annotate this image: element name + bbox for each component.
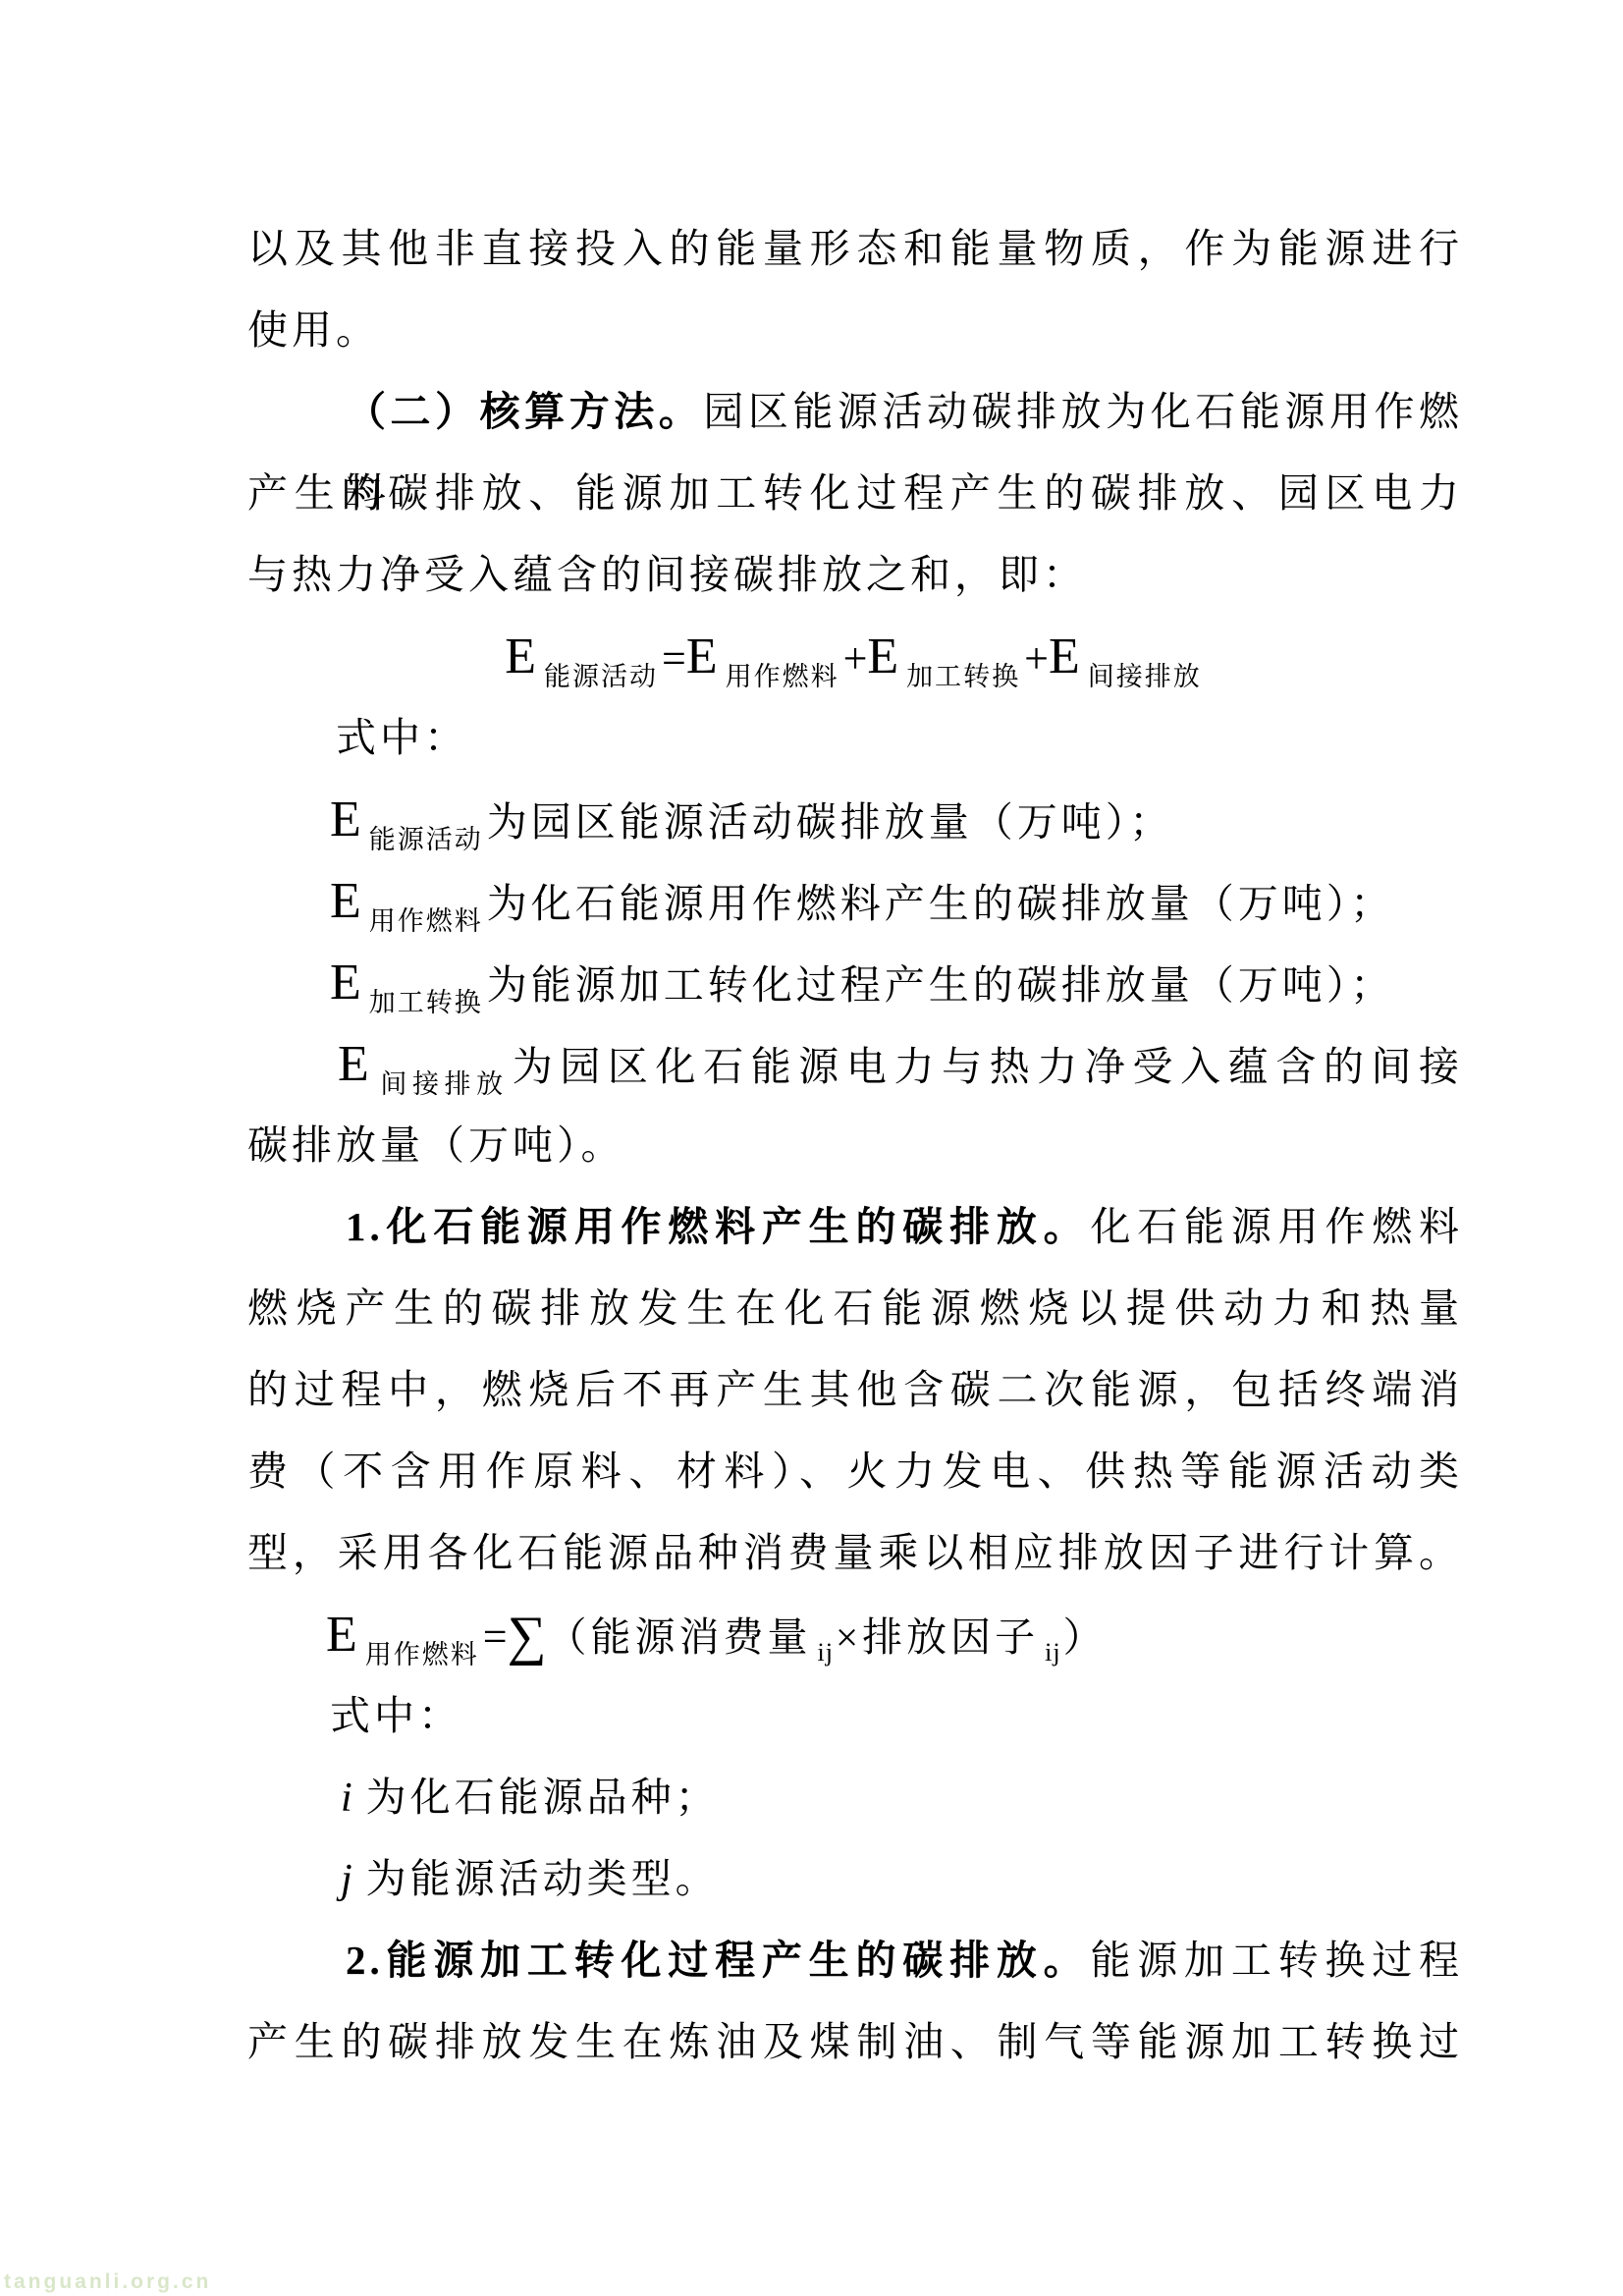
- where-clause-1: 式中：: [247, 697, 1463, 779]
- text-segment-n: ×排放因子: [836, 1614, 1039, 1660]
- text-segment-n: 式中：: [336, 715, 468, 760]
- text-segment-sum: ∑: [508, 1606, 547, 1667]
- text-segment-subsm: ij: [1045, 1638, 1060, 1667]
- text-segment-n: 化石能源用作燃料: [1090, 1204, 1463, 1249]
- body-line-4: 与热力净受入蕴含的间接碳排放之和，即：: [247, 534, 1463, 616]
- formula-fuel-use-sum: E用作燃料=∑（能源消费量ij×排放因子ij）: [247, 1594, 1463, 1675]
- text-segment-E: E: [326, 1607, 357, 1663]
- text-segment-E: E: [867, 629, 898, 684]
- text-segment-sub: 能源活动: [544, 662, 658, 691]
- item-1-body-line-1: 燃烧产生的碳排放发生在化石能源燃烧以提供动力和热量: [247, 1268, 1463, 1349]
- text-segment-op: +: [843, 634, 868, 683]
- text-segment-i: j: [341, 1857, 352, 1902]
- item-2-heading-line: 2.能源加工转化过程产生的碳排放。能源加工转换过程: [247, 1920, 1463, 2001]
- text-segment-n: 为园区化石能源电力与热力净受入蕴含的间接: [513, 1044, 1463, 1089]
- definition-e-processing-conversion: E加工转换为能源加工转化过程产生的碳排放量（万吨）；: [247, 942, 1463, 1023]
- text-segment-n: （能源消费量: [547, 1614, 812, 1660]
- item-1-heading-line: 1.化石能源用作燃料产生的碳排放。化石能源用作燃料: [247, 1186, 1463, 1268]
- text-segment-op: =: [662, 634, 686, 683]
- definition-j: j为能源活动类型。: [247, 1838, 1463, 1920]
- text-segment-E: E: [330, 955, 361, 1011]
- definition-e-indirect-emission: E间接排放为园区化石能源电力与热力净受入蕴含的间接: [247, 1023, 1463, 1105]
- text-segment-n: 使用。: [247, 307, 380, 353]
- definition-i: i为化石能源品种；: [247, 1757, 1463, 1838]
- text-segment-n: 与热力净受入蕴含的间接碳排放之和，即：: [247, 552, 1087, 597]
- item-1-body-line-3: 费（不含用作原料、材料）、火力发电、供热等能源活动类: [247, 1431, 1463, 1512]
- text-segment-n: 费（不含用作原料、材料）、火力发电、供热等能源活动类: [247, 1449, 1463, 1494]
- text-segment-sub: 加工转换: [369, 988, 483, 1017]
- text-segment-n: 为化石能源用作燃料产生的碳排放量（万吨）；: [487, 881, 1395, 926]
- text-segment-n: 型，采用各化石能源品种消费量乘以相应排放因子进行计算。: [247, 1530, 1463, 1575]
- text-segment-n: 为园区能源活动碳排放量（万吨）；: [487, 799, 1174, 845]
- text-segment-n: 式中：: [330, 1693, 462, 1738]
- formula-energy-activity-total: E能源活动=E用作燃料+E加工转换+E间接排放: [247, 616, 1463, 697]
- text-segment-sub: 用作燃料: [365, 1640, 479, 1669]
- text-segment-sub: 间接排放: [377, 1069, 509, 1099]
- text-segment-b: 1.化石能源用作燃料产生的碳排放。: [346, 1204, 1090, 1249]
- text-segment-sub: 加工转换: [906, 662, 1020, 691]
- text-segment-E: E: [338, 1036, 369, 1092]
- text-segment-n: 产生的碳排放、能源加工转化过程产生的碳排放、园区电力: [247, 470, 1463, 516]
- text-segment-E: E: [330, 873, 361, 929]
- document-body: 以及其他非直接投入的能量形态和能量物质，作为能源进行使用。（二）核算方法。园区能…: [247, 208, 1463, 2083]
- body-line-3: 产生的碳排放、能源加工转化过程产生的碳排放、园区电力: [247, 453, 1463, 534]
- body-line-2: 使用。: [247, 290, 1463, 371]
- text-segment-b: （二）核算方法。: [346, 389, 703, 434]
- watermark: tanguanli.org.cn: [4, 2270, 211, 2294]
- item-1-body-line-4: 型，采用各化石能源品种消费量乘以相应排放因子进行计算。: [247, 1512, 1463, 1594]
- text-segment-n: ）: [1063, 1614, 1108, 1660]
- text-segment-op: +: [1024, 634, 1049, 683]
- text-segment-n: 燃烧产生的碳排放发生在化石能源燃烧以提供动力和热量: [247, 1285, 1463, 1331]
- text-segment-E: E: [505, 629, 536, 684]
- text-segment-sub: 用作燃料: [369, 906, 483, 936]
- definition-e-indirect-emission-cont: 碳排放量（万吨）。: [247, 1105, 1463, 1186]
- text-segment-n: 产生的碳排放发生在炼油及煤制油、制气等能源加工转换过: [247, 2019, 1463, 2064]
- text-segment-E: E: [686, 629, 718, 684]
- where-clause-2: 式中：: [247, 1675, 1463, 1757]
- text-segment-sub: 用作燃料: [726, 662, 839, 691]
- text-segment-E: E: [1049, 629, 1080, 684]
- text-segment-n: 为能源活动类型。: [366, 1856, 720, 1901]
- text-segment-n: 碳排放量（万吨）。: [247, 1122, 625, 1168]
- text-segment-b: 2.能源加工转化过程产生的碳排放。: [346, 1938, 1090, 1983]
- section-2-heading-line: （二）核算方法。园区能源活动碳排放为化石能源用作燃料: [247, 371, 1463, 453]
- text-segment-sub: 间接排放: [1088, 662, 1202, 691]
- text-segment-n: 为化石能源品种；: [366, 1775, 720, 1820]
- text-segment-op: =: [483, 1613, 508, 1661]
- text-segment-subsm: ij: [818, 1638, 834, 1667]
- item-2-body-line-1: 产生的碳排放发生在炼油及煤制油、制气等能源加工转换过: [247, 2001, 1463, 2083]
- text-segment-sub: 能源活动: [369, 825, 483, 854]
- text-segment-E: E: [330, 792, 361, 847]
- definition-e-energy-activity: E能源活动为园区能源活动碳排放量（万吨）；: [247, 779, 1463, 860]
- text-segment-n: 以及其他非直接投入的能量形态和能量物质，作为能源进行: [247, 226, 1463, 271]
- body-line-1: 以及其他非直接投入的能量形态和能量物质，作为能源进行: [247, 208, 1463, 290]
- text-segment-n: 为能源加工转化过程产生的碳排放量（万吨）；: [487, 962, 1395, 1008]
- item-1-body-line-2: 的过程中，燃烧后不再产生其他含碳二次能源，包括终端消: [247, 1349, 1463, 1431]
- text-segment-i: i: [341, 1776, 352, 1821]
- definition-e-fuel-use: E用作燃料为化石能源用作燃料产生的碳排放量（万吨）；: [247, 860, 1463, 942]
- text-segment-n: 的过程中，燃烧后不再产生其他含碳二次能源，包括终端消: [247, 1367, 1463, 1412]
- text-segment-n: 能源加工转换过程: [1090, 1938, 1463, 1983]
- document-page: 以及其他非直接投入的能量形态和能量物质，作为能源进行使用。（二）核算方法。园区能…: [0, 0, 1623, 2296]
